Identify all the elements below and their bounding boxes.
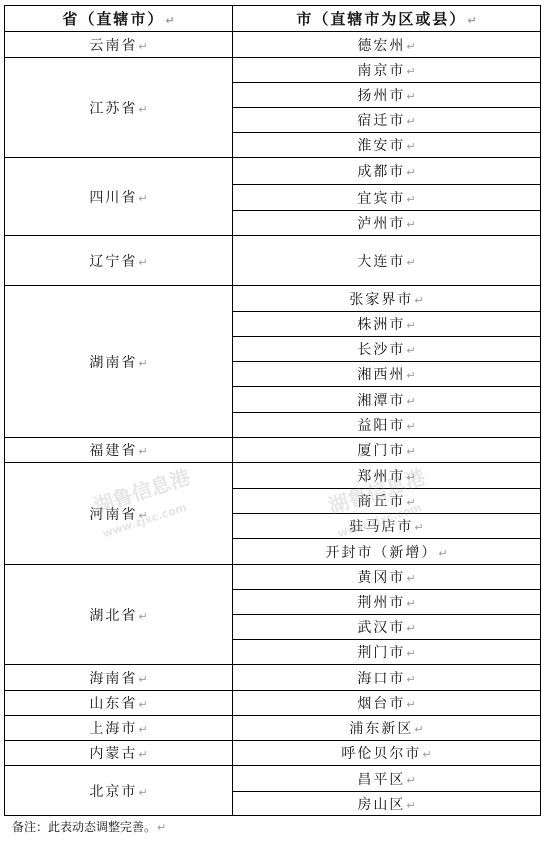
table-row: 河南省↵郑州市↵ [5, 463, 541, 489]
city-cell: 淮安市↵ [233, 133, 541, 158]
city-cell: 驻马店市↵ [233, 514, 541, 539]
city-cell: 荆门市↵ [233, 640, 541, 665]
city-cell: 扬州市↵ [233, 83, 541, 108]
city-cell: 浦东新区↵ [233, 716, 541, 741]
table-row: 辽宁省↵大连市↵ [5, 236, 541, 286]
city-cell: 荆州市↵ [233, 590, 541, 615]
city-cell: 厦门市↵ [233, 438, 541, 463]
table-body: 云南省↵德宏州↵江苏省↵南京市↵扬州市↵宿迁市↵淮安市↵四川省↵成都市↵宜宾市↵… [5, 32, 541, 816]
city-cell: 宿迁市↵ [233, 108, 541, 133]
city-cell: 湘西州↵ [233, 362, 541, 387]
city-cell: 房山区↵ [233, 792, 541, 816]
table-row: 四川省↵成都市↵ [5, 158, 541, 185]
city-cell: 海口市↵ [233, 665, 541, 691]
city-cell: 大连市↵ [233, 236, 541, 286]
province-cell: 云南省↵ [5, 32, 233, 58]
table-row: 上海市↵浦东新区↵ [5, 716, 541, 741]
city-cell: 烟台市↵ [233, 691, 541, 716]
city-cell: 株洲市↵ [233, 312, 541, 337]
province-cell: 四川省↵ [5, 158, 233, 236]
city-cell: 开封市（新增）↵ [233, 539, 541, 565]
province-cell: 湖南省↵ [5, 286, 233, 438]
table-row: 湖北省↵黄冈市↵ [5, 565, 541, 590]
city-cell: 南京市↵ [233, 58, 541, 83]
region-table: 省（直辖市）↵ 市（直辖市为区或县）↵ 云南省↵德宏州↵江苏省↵南京市↵扬州市↵… [4, 5, 541, 816]
province-cell: 北京市↵ [5, 766, 233, 816]
table-row: 湖南省↵张家界市↵ [5, 286, 541, 312]
city-cell: 呼伦贝尔市↵ [233, 741, 541, 766]
table-row: 云南省↵德宏州↵ [5, 32, 541, 58]
table-header-row: 省（直辖市）↵ 市（直辖市为区或县）↵ [5, 6, 541, 32]
city-cell: 德宏州↵ [233, 32, 541, 58]
province-cell: 江苏省↵ [5, 58, 233, 158]
province-cell: 湖北省↵ [5, 565, 233, 665]
province-cell: 辽宁省↵ [5, 236, 233, 286]
city-cell: 成都市↵ [233, 158, 541, 185]
city-cell: 泸州市↵ [233, 211, 541, 236]
header-city: 市（直辖市为区或县）↵ [233, 6, 541, 32]
city-cell: 昌平区↵ [233, 766, 541, 792]
table-row: 福建省↵厦门市↵ [5, 438, 541, 463]
city-cell: 黄冈市↵ [233, 565, 541, 590]
city-cell: 武汉市↵ [233, 615, 541, 640]
province-cell: 内蒙古↵ [5, 741, 233, 766]
province-cell: 上海市↵ [5, 716, 233, 741]
table-row: 山东省↵烟台市↵ [5, 691, 541, 716]
city-cell: 张家界市↵ [233, 286, 541, 312]
province-cell: 河南省↵ [5, 463, 233, 565]
header-province: 省（直辖市）↵ [5, 6, 233, 32]
table-footnote: 备注：此表动态调整完善。↵ [12, 818, 166, 835]
city-cell: 长沙市↵ [233, 337, 541, 362]
city-cell: 宜宾市↵ [233, 185, 541, 211]
table-row: 海南省↵海口市↵ [5, 665, 541, 691]
province-cell: 海南省↵ [5, 665, 233, 691]
city-cell: 商丘市↵ [233, 489, 541, 514]
city-cell: 湘潭市↵ [233, 387, 541, 413]
city-cell: 益阳市↵ [233, 413, 541, 438]
province-cell: 福建省↵ [5, 438, 233, 463]
table-row: 北京市↵昌平区↵ [5, 766, 541, 792]
province-cell: 山东省↵ [5, 691, 233, 716]
table-row: 内蒙古↵呼伦贝尔市↵ [5, 741, 541, 766]
city-cell: 郑州市↵ [233, 463, 541, 489]
table-row: 江苏省↵南京市↵ [5, 58, 541, 83]
